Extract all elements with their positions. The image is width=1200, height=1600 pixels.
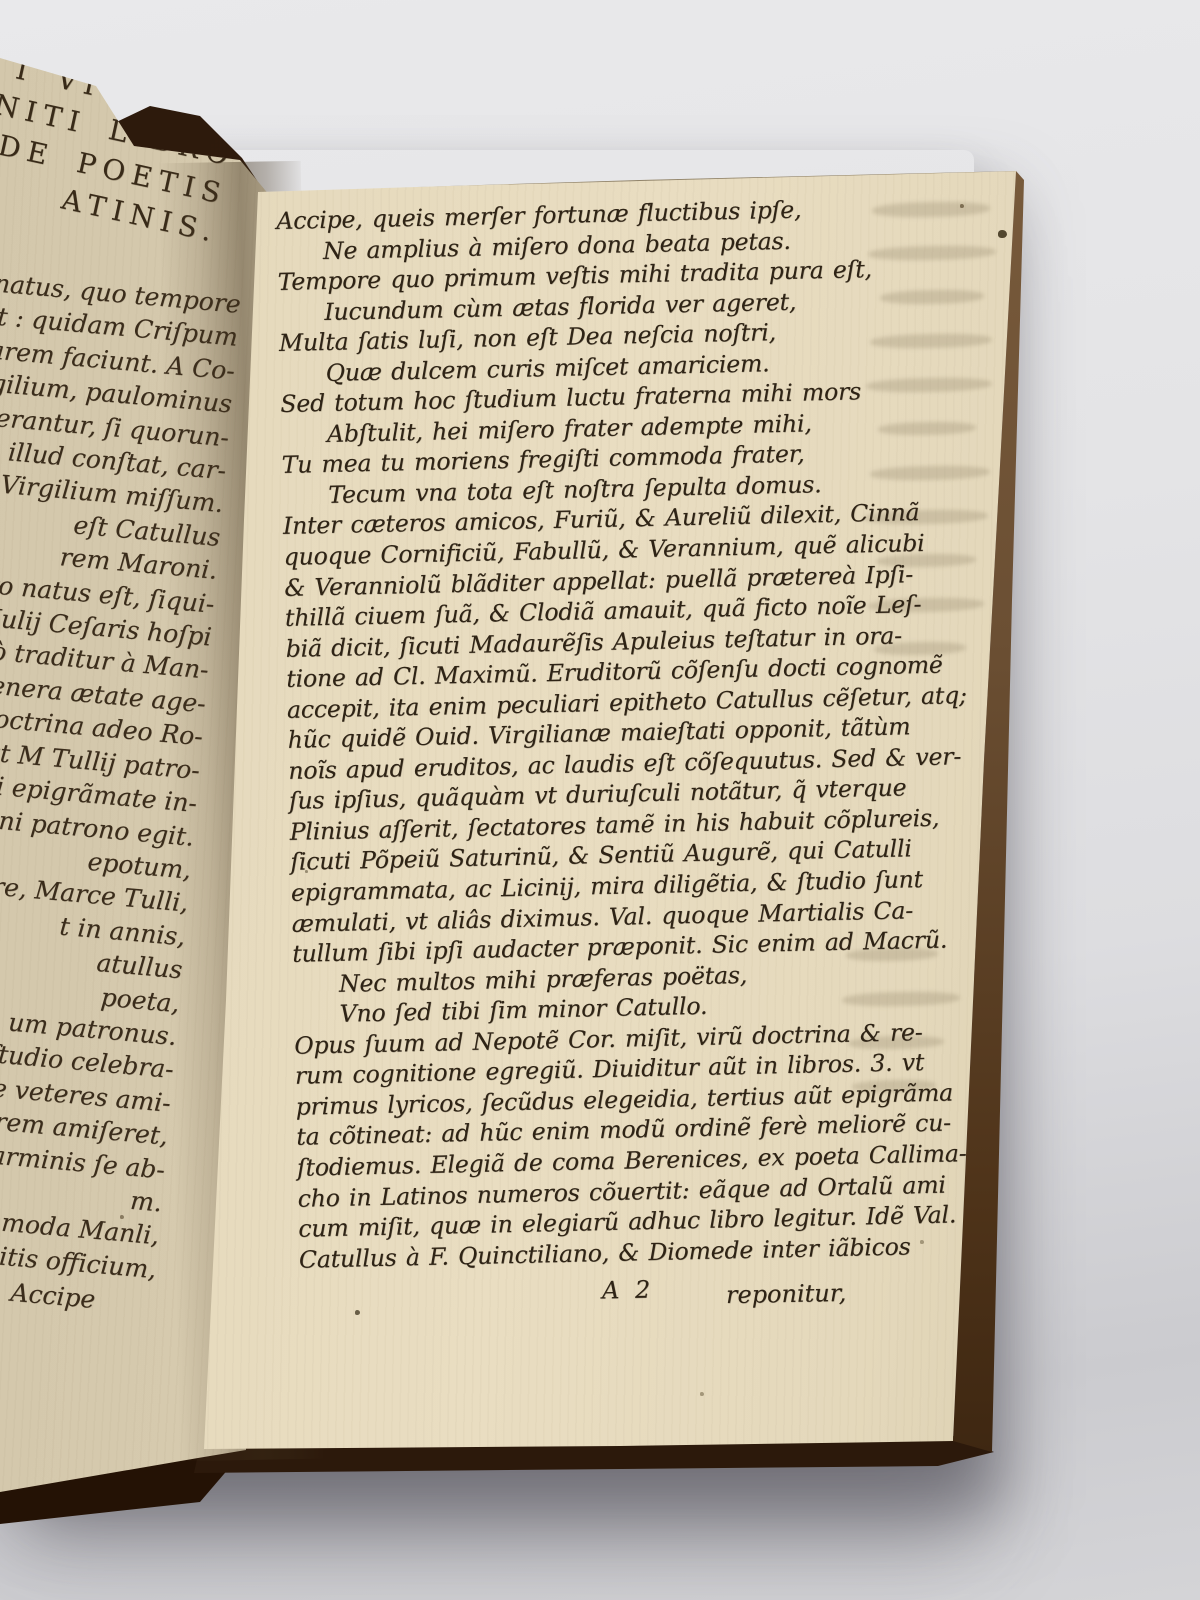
show-through-mark [878,421,976,436]
paper-speck [998,230,1007,238]
photo-of-open-book: I VITA, EXINITI LIBROO DE POETISATINIS. … [0,0,1200,1600]
right-page-text: Accipe, queis merſer fortunæ fluctibus i… [276,193,903,1275]
paper-speck [355,1310,360,1315]
catchword: reponitur, [726,1279,847,1309]
paper-speck [700,1392,704,1396]
show-through-mark [868,245,996,262]
gathering-signature: A 2 [602,1276,655,1305]
show-through-mark [866,377,992,394]
paper-speck [120,1215,124,1219]
paper-speck [960,204,964,208]
show-through-mark [872,201,990,218]
show-through-mark [880,289,984,305]
paper-speck [452,212,455,215]
paper-speck [305,870,308,873]
show-through-mark [870,465,990,482]
show-through-mark [870,333,992,350]
paper-speck [818,1092,821,1095]
paper-speck [920,1240,924,1244]
